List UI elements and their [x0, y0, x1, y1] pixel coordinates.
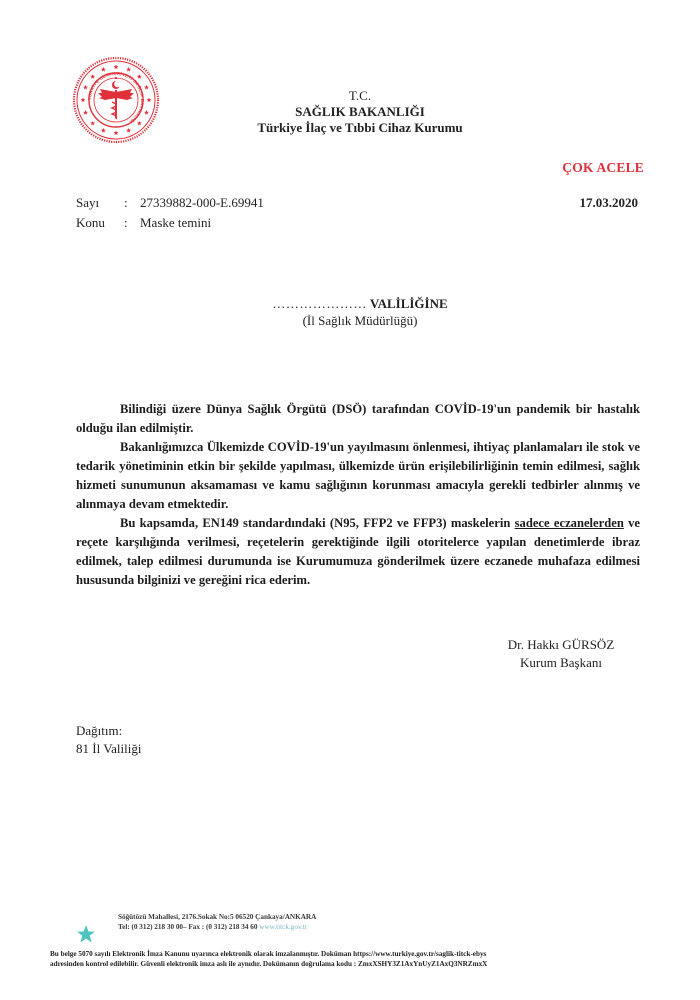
urgency-label: ÇOK ACELE [562, 160, 644, 176]
paragraph-3: Bu kapsamda, EN149 standardındaki (N95, … [76, 514, 640, 590]
header-tc: T.C. [200, 88, 520, 104]
ministry-logo: TÜRKİYE CUMHURİYETİ SAĞLIK BAKANLIĞI [72, 42, 160, 158]
paragraph-3-start: Bu kapsamda, EN149 standardındaki (N95, … [120, 516, 515, 530]
signatory-title: Kurum Başkanı [476, 654, 646, 672]
ministry-seal-icon: TÜRKİYE CUMHURİYETİ SAĞLIK BAKANLIĞI [72, 42, 160, 158]
addressee: ………………… VALİLİĞİNE (İl Sağlık Müdürlüğü) [200, 295, 520, 329]
esignature-line-1: Bu belge 5070 sayılı Elektronik İmza Kan… [50, 949, 670, 959]
konu-separator: : [124, 213, 140, 233]
paragraph-3-emphasis: sadece eczanelerden [515, 516, 624, 530]
header-institution: Türkiye İlaç ve Tıbbi Cihaz Kurumu [200, 120, 520, 136]
konu-label: Konu [76, 213, 124, 233]
addressee-title: VALİLİĞİNE [370, 296, 448, 311]
konu-value: Maske temini [140, 213, 211, 233]
footer-address: Söğütözü Mahallesi, 2176.Sokak No:5 0652… [118, 912, 316, 932]
addressee-subtitle: (İl Sağlık Müdürlüğü) [200, 312, 520, 329]
addressee-dots: ………………… [272, 296, 367, 311]
sayi-label: Sayı [76, 193, 124, 213]
footer-website-link[interactable]: www.titck.gov.tr [259, 923, 307, 931]
signature-block: Dr. Hakkı GÜRSÖZ Kurum Başkanı [476, 636, 646, 672]
sayi-separator: : [124, 193, 140, 213]
signatory-name: Dr. Hakkı GÜRSÖZ [476, 636, 646, 654]
footer-star-icon [76, 924, 96, 944]
header-ministry: SAĞLIK BAKANLIĞI [200, 104, 520, 120]
sayi-value: 27339882-000-E.69941 [140, 193, 264, 213]
paragraph-1: Bilindiği üzere Dünya Sağlık Örgütü (DSÖ… [76, 400, 640, 438]
document-meta: Sayı : 27339882-000-E.69941 Konu : Maske… [76, 193, 264, 233]
footer-phone-fax: Tel: (0 312) 218 30 00– Fax : (0 312) 21… [118, 923, 257, 931]
document-header: T.C. SAĞLIK BAKANLIĞI Türkiye İlaç ve Tı… [200, 88, 520, 136]
letter-body: Bilindiği üzere Dünya Sağlık Örgütü (DSÖ… [76, 400, 640, 590]
esignature-notice: Bu belge 5070 sayılı Elektronik İmza Kan… [50, 949, 670, 969]
konu-row: Konu : Maske temini [76, 213, 264, 233]
footer-street: Söğütözü Mahallesi, 2176.Sokak No:5 0652… [118, 912, 316, 922]
distribution-label: Dağıtım: [76, 722, 141, 740]
paragraph-2: Bakanlığımızca Ülkemizde COVİD-19'un yay… [76, 438, 640, 514]
footer-contact: Tel: (0 312) 218 30 00– Fax : (0 312) 21… [118, 922, 316, 932]
distribution-recipient: 81 İl Valiliği [76, 740, 141, 758]
distribution-block: Dağıtım: 81 İl Valiliği [76, 722, 141, 758]
document-date: 17.03.2020 [580, 193, 639, 213]
sayi-row: Sayı : 27339882-000-E.69941 [76, 193, 264, 213]
esignature-line-2: adresinden kontrol edilebilir. Güvenli e… [50, 959, 670, 969]
